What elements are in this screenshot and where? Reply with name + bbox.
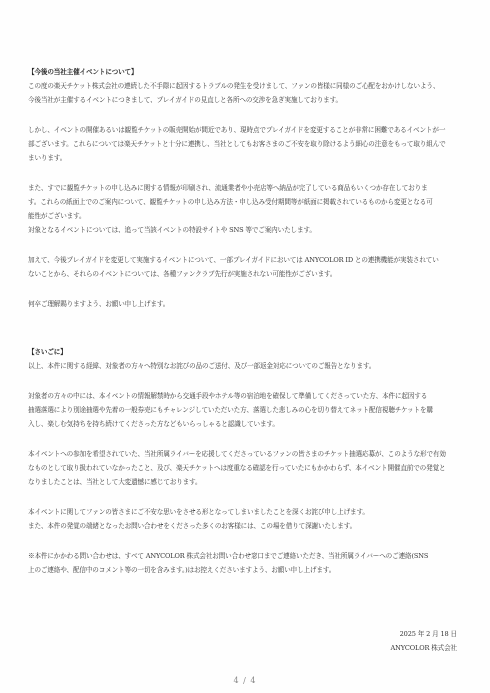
paragraph-line: しかし、イベントの開催あるいは観覧チケットの販売開始が間近であり、現時点でプレイ… (28, 126, 468, 135)
paragraph-line: また、本件の発覚の端緒となったお問い合わせをくださった多くのお客様には、この場を… (28, 522, 468, 531)
company-name: ANYCOLOR 株式会社 (391, 644, 458, 653)
paragraph-line: 今後当社が主催するイベントにつきまして、プレイガイドの見直しと各所への交渉を急ぎ… (28, 96, 468, 105)
paragraph-line: 上のご連絡や、配信中のコメント等の一切を含みます。)はお控えくださいますよう、お… (28, 566, 468, 575)
paragraph-line: ※本件にかかわる問い合わせは、すべて ANYCOLOR 株式会社お問い合わせ窓口… (28, 552, 468, 561)
paragraph-line: 何卒ご理解賜りますよう、お願い申し上げます。 (28, 300, 468, 309)
paragraph-line: まいります。 (28, 154, 468, 163)
document-date: 2025 年 2 月 18 日 (400, 630, 457, 639)
paragraph-line: 本イベントへの参加を希望されていた、当社所属ライバーを応援してくださっているファ… (28, 450, 468, 459)
paragraph-line: 能性がございます。 (28, 212, 468, 221)
section-heading-upcoming-events: 【今後の当社主催イベントについて】 (28, 68, 468, 77)
paragraph-line: ないことから、それらのイベントについては、各種ファンクラブ先行が実施されない可能… (28, 270, 468, 279)
paragraph-line: 入し、楽しむ気持ちを持ち続けてくださった方などもいらっしゃると認識しています。 (28, 420, 468, 429)
paragraph-line: この度の楽天チケット株式会社の連続した不手際に起因するトラブルの発生を受けまして… (28, 82, 468, 91)
document-page: 【今後の当社主催イベントについて】 この度の楽天チケット株式会社の連続した不手際… (0, 0, 490, 693)
paragraph-line: 対象となるイベントについては、追って当該イベントの特設サイトや SNS 等でご案… (28, 226, 468, 235)
paragraph-line: なものとして取り扱われていなかったこと、及び、楽天チケットへは度重なる確認を行っ… (28, 464, 468, 473)
paragraph-line: 部ございます。これらについては楽天チケットと十分に連携し、当社としてもお客さまの… (28, 140, 468, 149)
paragraph-line: 以上、本件に関する経緯、対象者の方々へ特別なお詫びの品のご送付、及び一部返金対応… (28, 362, 468, 371)
paragraph-line: なりましたことは、当社として大変遺憾に感じております。 (28, 478, 468, 487)
paragraph-line: 加えて、今後プレイガイドを変更して実施するイベントについて、一部プレイガイドにお… (28, 256, 468, 265)
paragraph-line: 対象者の方々の中には、本イベントの情報解禁時から交通手段やホテル等の宿泊地を確保… (28, 392, 468, 401)
paragraph-line: また、すでに観覧チケットの申し込みに関する情報が印刷され、流通業者や小売店等へ納… (28, 184, 468, 193)
paragraph-line: 本イベントに関してファンの皆さまにご不安な思いをさせる形となってしまいましたこと… (28, 508, 468, 517)
paragraph-line: 抽選落選により別途抽選や先着の一般券売にもチャレンジしていただいた方、落選した悲… (28, 406, 468, 415)
paragraph-line: す。これらの紙面上でのご案内について、観覧チケットの申し込み方法・申し込み受付期… (28, 198, 468, 207)
section-heading-closing: 【さいごに】 (28, 348, 468, 357)
page-indicator: 4 / 4 (0, 676, 490, 685)
